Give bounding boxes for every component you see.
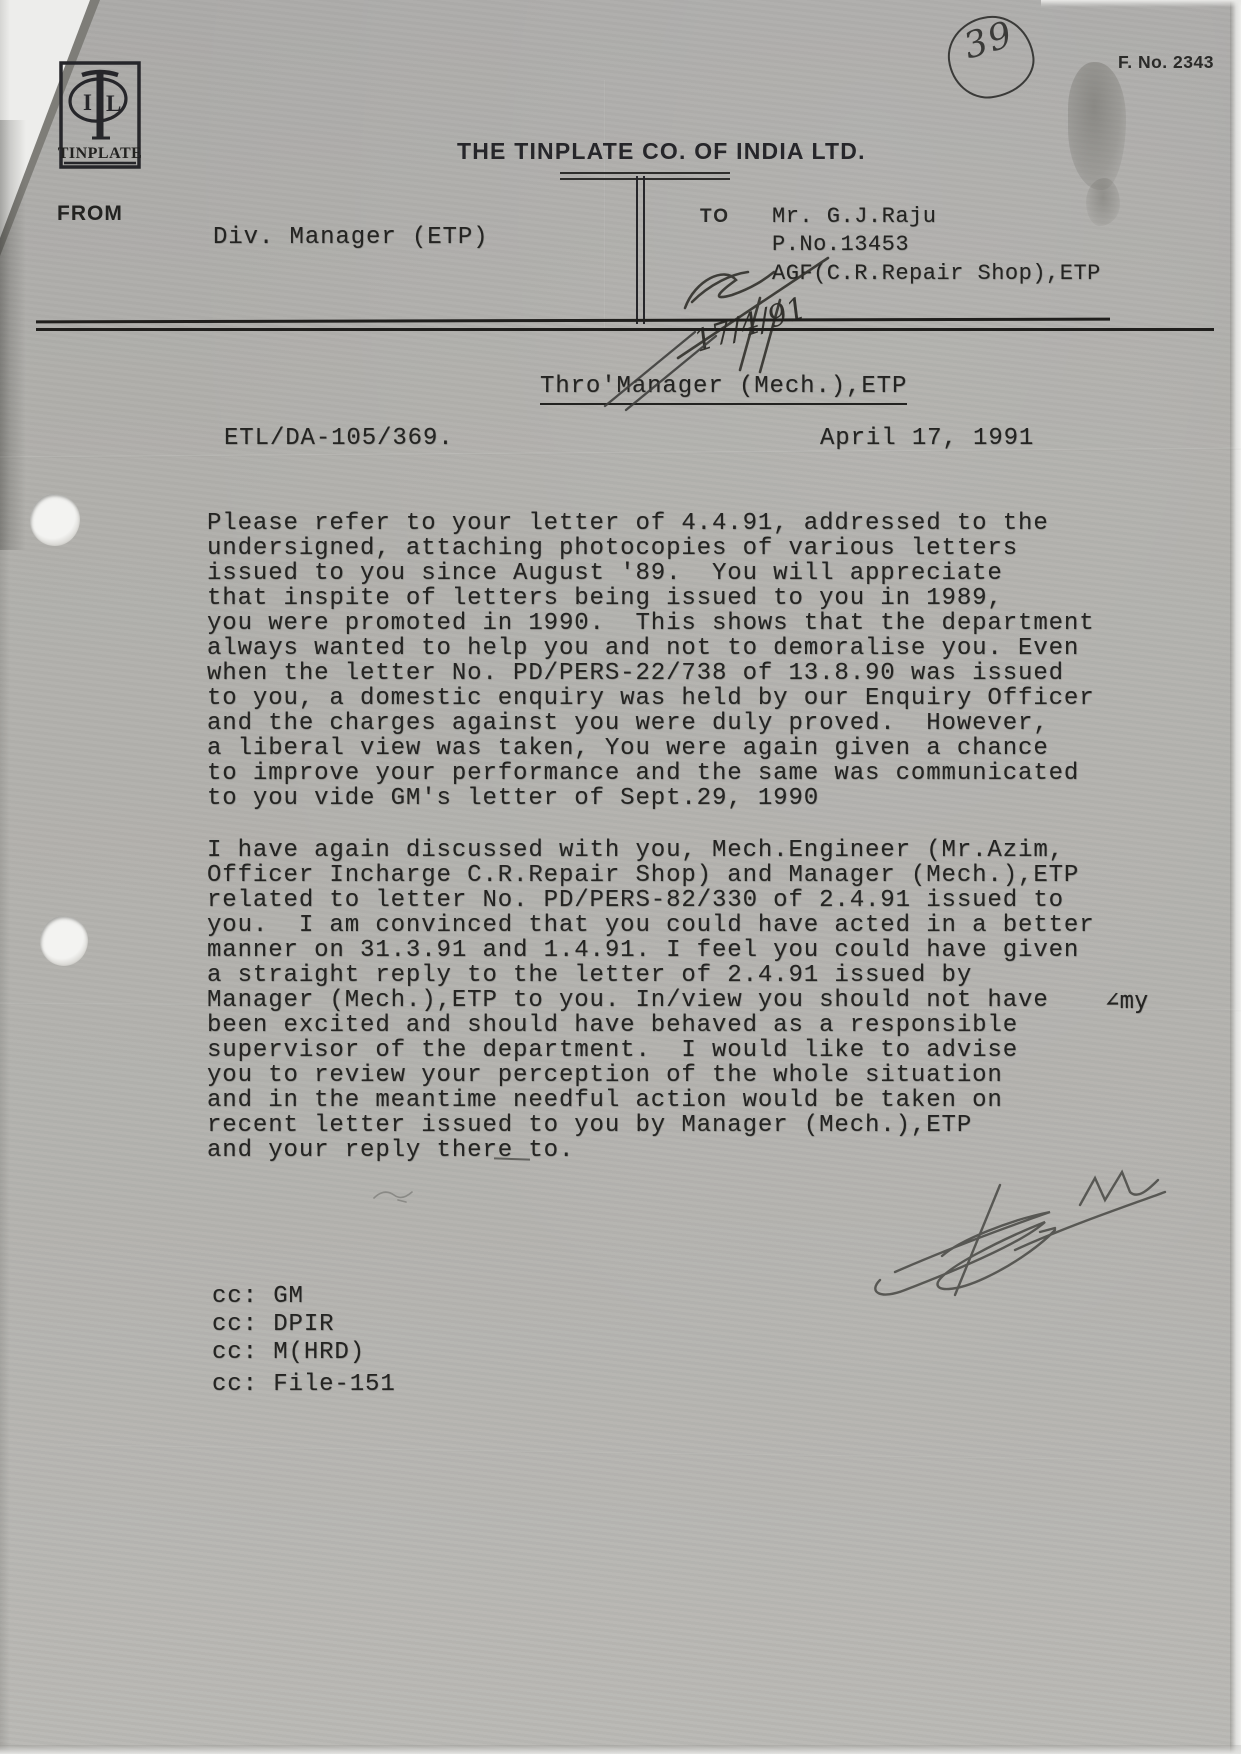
logo-letter-l: L [106, 91, 121, 116]
scanned-letter-page: I L TINPLATE F. No. 2343 39 THE TINPLATE… [0, 0, 1241, 1754]
pencil-squiggle [368, 1182, 428, 1206]
handwritten-page-number-circle: 39 [943, 11, 1038, 103]
punch-hole-bottom [40, 916, 88, 966]
letter-body-paragraph-1: Please refer to your letter of 4.4.91, a… [207, 511, 1095, 811]
top-scan-edge [1041, 0, 1241, 7]
punch-hole-top [30, 494, 80, 546]
typed-margin-insertion-note: ∠my [1105, 986, 1148, 1014]
cc-item-3: cc: M(HRD) [212, 1340, 365, 1365]
svg-text:I: I [83, 90, 92, 115]
bottom-scan-edge [0, 1745, 1241, 1754]
company-title: THE TINPLATE CO. OF INDIA LTD. [457, 138, 866, 165]
cc-item-1: cc: GM [212, 1284, 304, 1309]
paper-crease [60, 1444, 1160, 1461]
paper-stain [1068, 62, 1126, 190]
signature-scribble [850, 1160, 1180, 1310]
paper-stain-small [1086, 178, 1120, 226]
company-title-underline [560, 172, 730, 180]
from-label: FROM [57, 202, 123, 226]
cc-file-item: cc: File-151 [212, 1372, 396, 1397]
reference-number: ETL/DA-105/369. [224, 425, 454, 452]
from-value: Div. Manager (ETP) [213, 224, 488, 251]
to-label: TO [700, 206, 730, 228]
cc-item-2: cc: DPIR [212, 1312, 334, 1337]
logo-wordmark: TINPLATE [58, 145, 142, 162]
letter-body-paragraph-2: I have again discussed with you, Mech.En… [207, 838, 1095, 1163]
paper-crease-vertical [604, 80, 606, 330]
form-number: F. No. 2343 [1118, 52, 1214, 73]
handwritten-initials-strike [560, 318, 760, 418]
right-scan-edge [1230, 0, 1241, 1754]
tinplate-logo: I L TINPLATE [58, 60, 142, 172]
to-address-name: Mr. G.J.Raju [772, 203, 936, 232]
paper-crease [0, 448, 1241, 459]
handwritten-page-number: 39 [959, 14, 1019, 68]
left-edge-shading-full [0, 0, 10, 1754]
letter-date: April 17, 1991 [820, 425, 1034, 452]
